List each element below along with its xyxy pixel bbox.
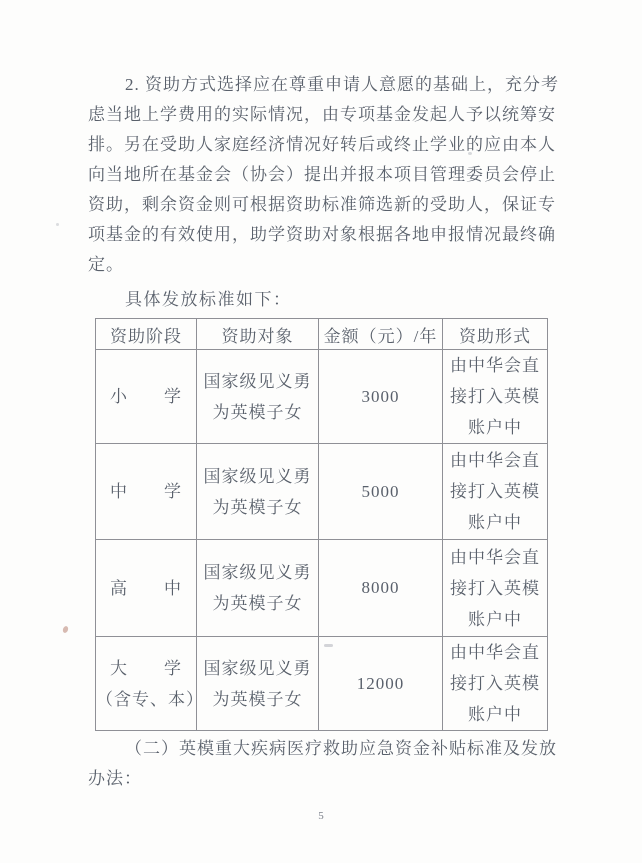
cell-form: 由中华会直 接打入英模 账户中 [443, 540, 548, 637]
cell-amount: 8000 [319, 540, 443, 637]
table-header-row: 资助阶段 资助对象 金额（元）/年 资助形式 [96, 319, 548, 350]
paragraph-line: 定。 [88, 250, 552, 280]
table-row: 高 中 国家级见义勇 为英模子女 8000 由中华会直 接打入英模 账户中 [96, 540, 548, 637]
cell-stage: 小 学 [96, 350, 197, 444]
table-row: 大 学 （含专、本） 国家级见义勇 为英模子女 12000 由中华会直 接打入英… [96, 637, 548, 731]
cell-target: 国家级见义勇 为英模子女 [197, 637, 319, 731]
table-row: 中 学 国家级见义勇 为英模子女 5000 由中华会直 接打入英模 账户中 [96, 444, 548, 540]
paragraph-line: 2. 资助方式选择应在尊重申请人意愿的基础上，充分考 [88, 70, 552, 100]
cell-amount: 5000 [319, 444, 443, 540]
cell-amount: 3000 [319, 350, 443, 444]
paragraph-line: 资助，剩余资金则可根据资助标准筛选新的受助人，保证专 [88, 190, 552, 220]
cell-target: 国家级见义勇 为英模子女 [197, 350, 319, 444]
cell-target: 国家级见义勇 为英模子女 [197, 540, 319, 637]
table-lead-in: 具体发放标准如下： [125, 285, 292, 315]
paragraph-line: 向当地所在基金会（协会）提出并报本项目管理委员会停止 [88, 160, 552, 190]
header-cell-stage: 资助阶段 [96, 319, 197, 350]
cell-form: 由中华会直 接打入英模 账户中 [443, 350, 548, 444]
cell-stage: 高 中 [96, 540, 197, 637]
body-paragraph-2: （二）英模重大疾病医疗救助应急资金补贴标准及发放 办法： [88, 734, 552, 794]
paragraph-line: （二）英模重大疾病医疗救助应急资金补贴标准及发放 [88, 734, 552, 764]
cell-stage: 大 学 （含专、本） [96, 637, 197, 731]
scan-noise-speck [468, 152, 472, 155]
body-paragraph-1: 2. 资助方式选择应在尊重申请人意愿的基础上，充分考 虑当地上学费用的实际情况，… [88, 70, 552, 280]
paragraph-line: 虑当地上学费用的实际情况，由专项基金发起人予以统筹安 [88, 100, 552, 130]
cell-stage: 中 学 [96, 444, 197, 540]
scan-noise-speck [62, 625, 69, 633]
scan-noise-speck [324, 644, 333, 647]
cell-amount: 12000 [319, 637, 443, 731]
page-number: 5 [0, 810, 642, 822]
subsidy-table: 资助阶段 资助对象 金额（元）/年 资助形式 小 学 国家级见义勇 为英模子女 … [95, 318, 548, 731]
document-page: 2. 资助方式选择应在尊重申请人意愿的基础上，充分考 虑当地上学费用的实际情况，… [0, 0, 642, 863]
table-row: 小 学 国家级见义勇 为英模子女 3000 由中华会直 接打入英模 账户中 [96, 350, 548, 444]
scan-noise-speck [56, 223, 59, 226]
header-cell-amount: 金额（元）/年 [319, 319, 443, 350]
paragraph-line: 排。另在受助人家庭经济情况好转后或终止学业的应由本人 [88, 130, 552, 160]
cell-target: 国家级见义勇 为英模子女 [197, 444, 319, 540]
header-cell-form: 资助形式 [443, 319, 548, 350]
cell-form: 由中华会直 接打入英模 账户中 [443, 444, 548, 540]
header-cell-target: 资助对象 [197, 319, 319, 350]
paragraph-line: 项基金的有效使用，助学资助对象根据各地申报情况最终确 [88, 220, 552, 250]
cell-form: 由中华会直 接打入英模 账户中 [443, 637, 548, 731]
paragraph-line: 办法： [88, 764, 552, 794]
